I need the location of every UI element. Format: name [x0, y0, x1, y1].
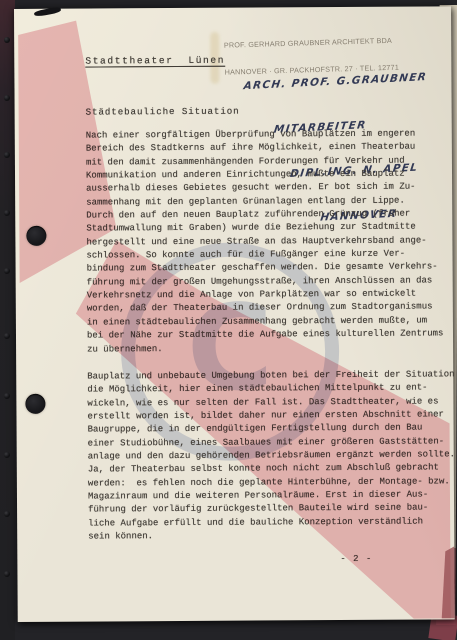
- binder-hole-icon: [4, 333, 10, 339]
- punch-hole-icon: [26, 226, 46, 246]
- binder-hole-icon: [4, 393, 10, 399]
- binder-hole-icon: [4, 210, 10, 216]
- binder-hole-icon: [4, 571, 10, 577]
- binder-hole-icon: [4, 152, 10, 158]
- section-heading: Städtebauliche Situation: [86, 106, 240, 118]
- binder-hole-icon: [4, 37, 10, 43]
- page-corner-curl: [34, 6, 62, 17]
- body-paragraph-2: Bauplatz und unbebaute Umgebung boten be…: [87, 368, 455, 544]
- punch-hole-icon: [25, 394, 45, 414]
- document-title: Stadttheater Lünen: [85, 55, 225, 67]
- scanned-document-view: C PROF. GERHARD GRAUBNER ARCHITEKT BDA H…: [0, 0, 457, 640]
- binder-hole-icon: [4, 511, 10, 517]
- binder-hole-icon: [4, 452, 10, 458]
- body-paragraph-1: Nach einer sorgfältigen Überprüfung von …: [86, 127, 444, 356]
- annotation-line: ARCH. PROF. G.GRAUBNER: [243, 70, 431, 94]
- binder-hole-icon: [4, 95, 10, 101]
- document-page: C PROF. GERHARD GRAUBNER ARCHITEKT BDA H…: [14, 6, 455, 622]
- page-number: - 2 -: [340, 554, 372, 564]
- binder-hole-icon: [4, 268, 10, 274]
